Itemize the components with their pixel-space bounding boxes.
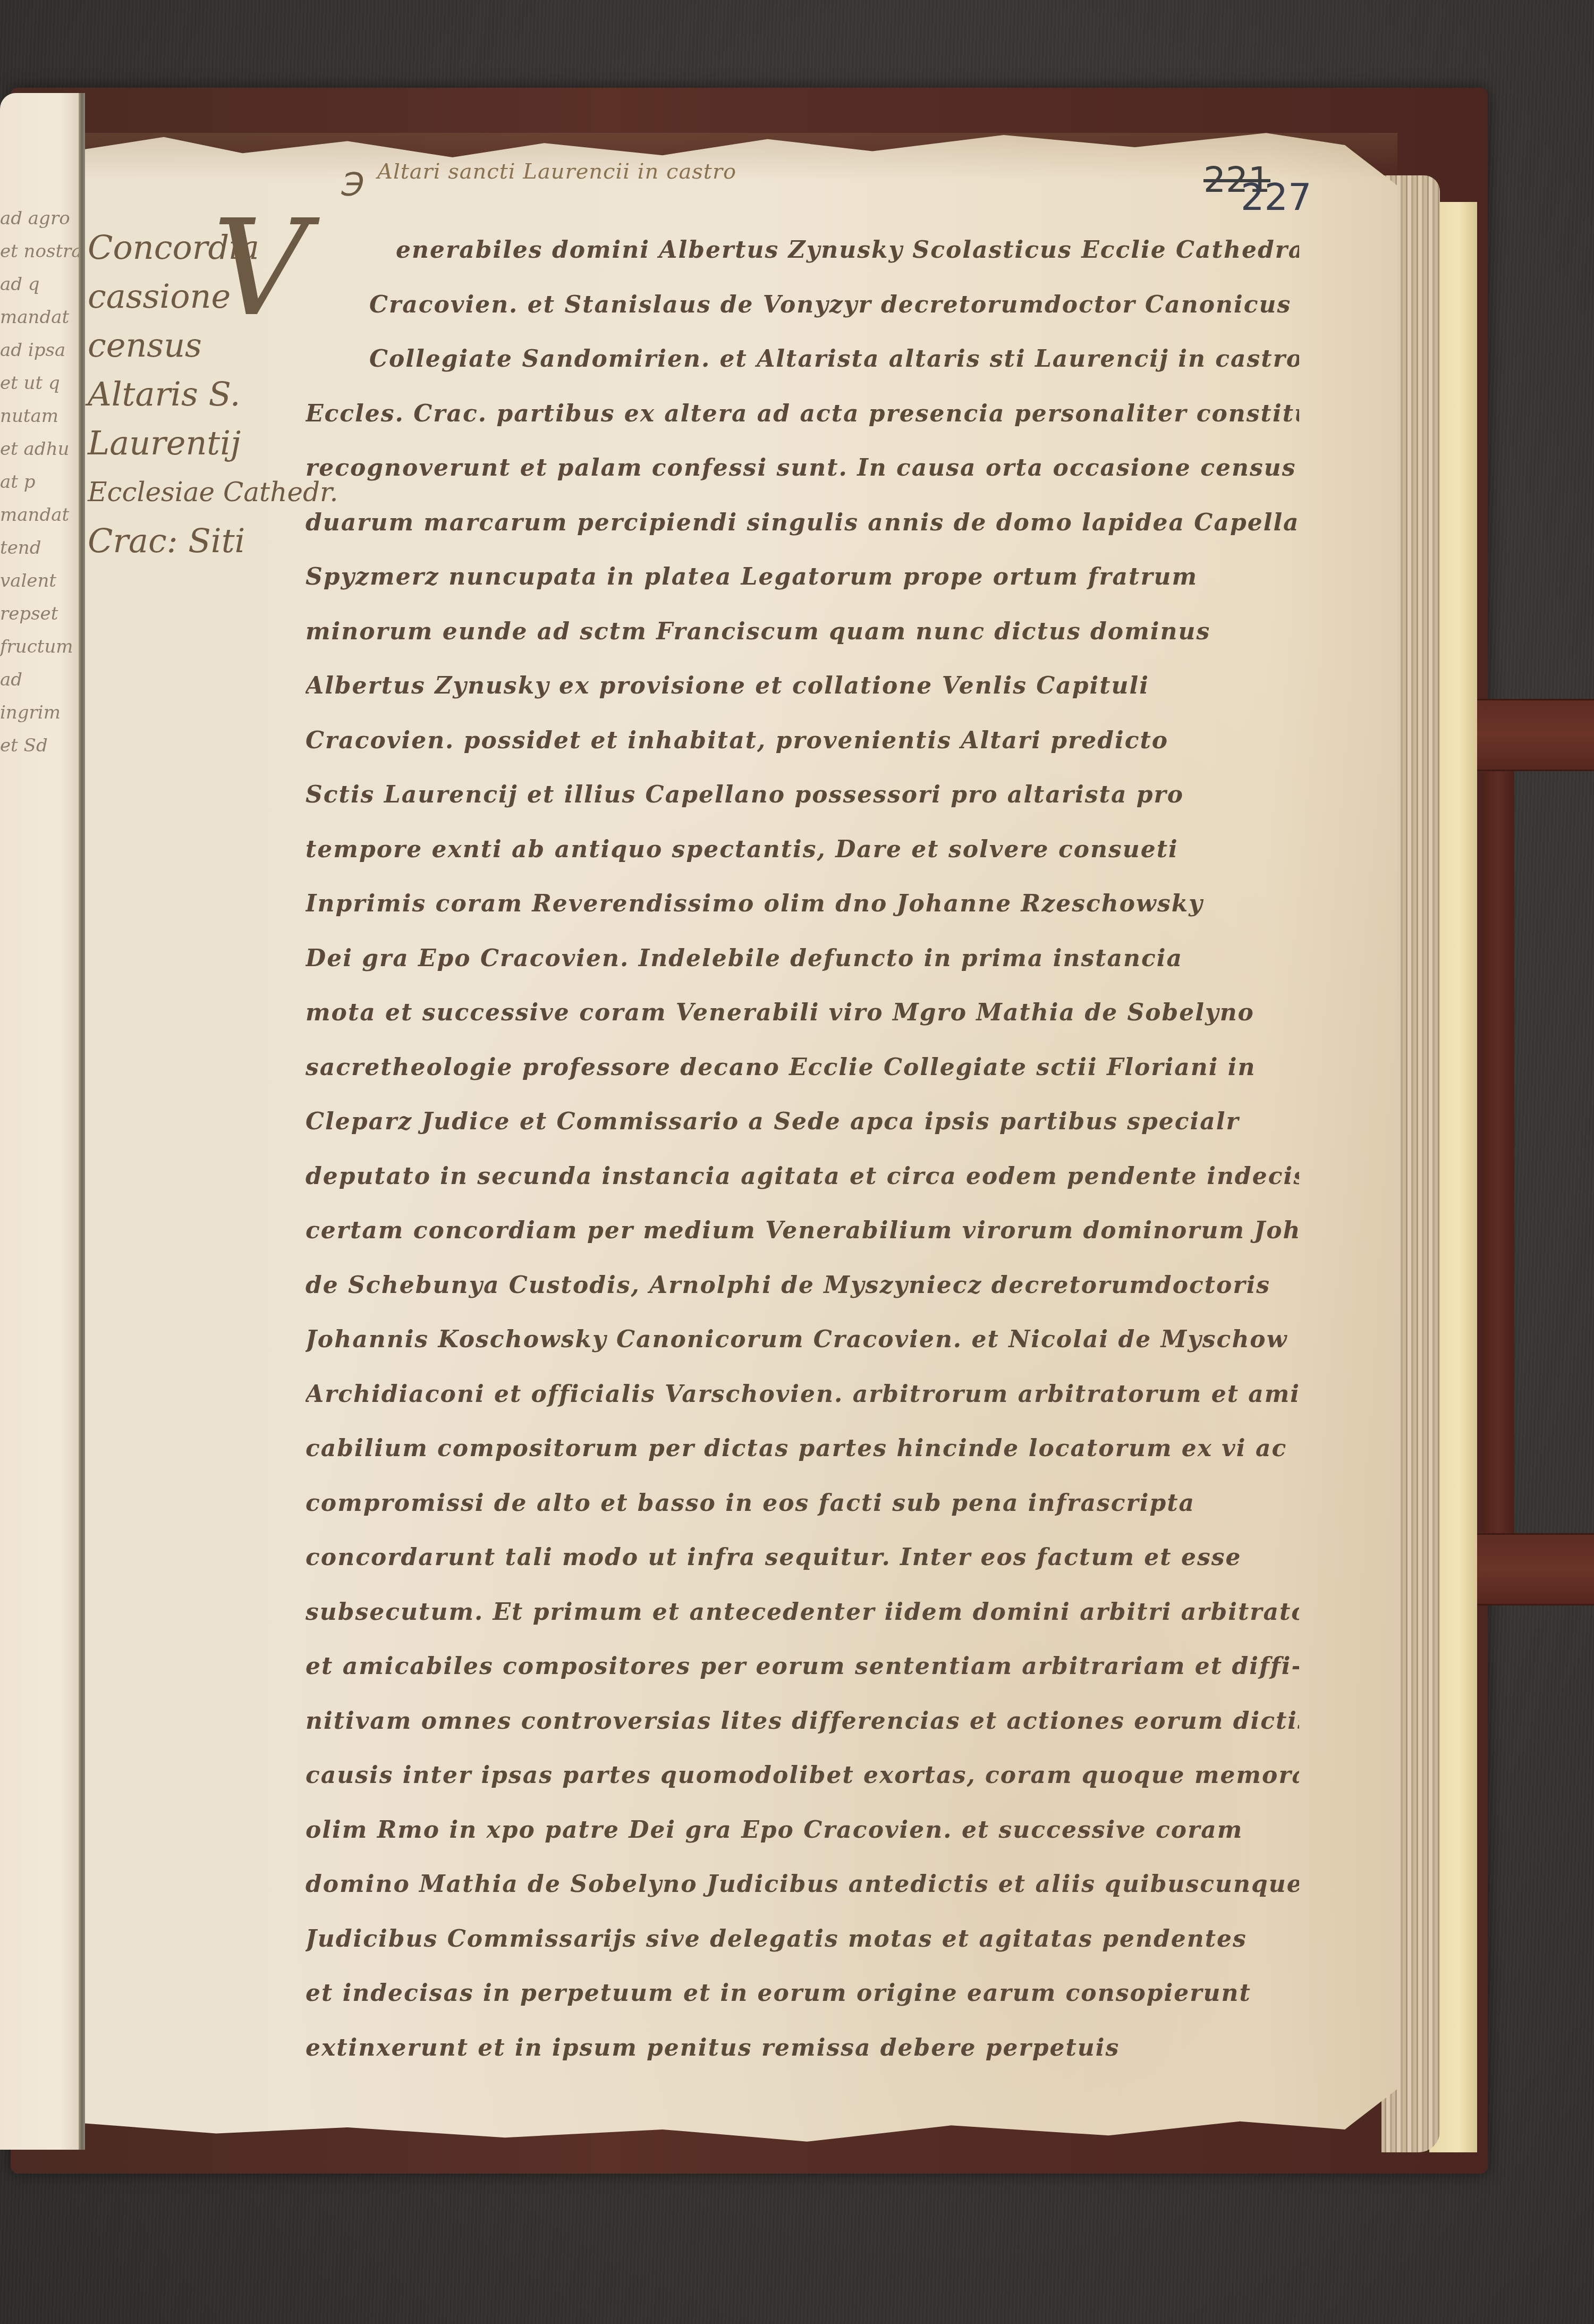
marginalia-line: tend bbox=[0, 531, 80, 564]
left-page-marginalia: ad agro et nostram ad q mandat ad ipsa e… bbox=[0, 202, 80, 762]
text-line: domino Mathia de Sobelyno Judicibus ante… bbox=[306, 1857, 1299, 1912]
text-line: compromissi de alto et basso in eos fact… bbox=[306, 1476, 1299, 1531]
marginalia-line: et nostram bbox=[0, 235, 80, 268]
margin-note-line: census bbox=[88, 321, 311, 370]
text-line: Judicibus Commissarijs sive delegatis mo… bbox=[306, 1912, 1299, 1967]
marginalia-line: ad bbox=[0, 663, 80, 696]
text-line: sacretheologie professore decano Ecclie … bbox=[306, 1041, 1299, 1095]
text-line: de Schebunya Custodis, Arnolphi de Myszy… bbox=[306, 1258, 1299, 1313]
marginalia-line: at p bbox=[0, 466, 80, 498]
text-line: Cracovien. possidet et inhabitat, proven… bbox=[306, 714, 1299, 768]
marginalia-line: mandat bbox=[0, 301, 80, 334]
text-line: Archidiaconi et officialis Varschovien. … bbox=[306, 1367, 1299, 1422]
margin-note-line: Concordia bbox=[88, 223, 311, 272]
margin-note-line: Crac: Siti bbox=[88, 517, 311, 565]
text-line: minorum eunde ad sctm Franciscum quam nu… bbox=[306, 605, 1299, 660]
marginalia-line: ad ipsa bbox=[0, 334, 80, 367]
text-line: Eccles. Crac. partibus ex altera ad acta… bbox=[306, 387, 1299, 442]
text-line: duarum marcarum percipiendi singulis ann… bbox=[306, 496, 1299, 551]
text-line: Inprimis coram Reverendissimo olim dno J… bbox=[306, 877, 1299, 932]
text-line: certam concordiam per medium Venerabiliu… bbox=[306, 1204, 1299, 1258]
margin-note-line: Altaris S. bbox=[88, 370, 311, 419]
clasp-strap-top bbox=[1477, 699, 1594, 771]
text-line: concordarunt tali modo ut infra sequitur… bbox=[306, 1531, 1299, 1585]
margin-note-line: Ecclesiae Cathedr. bbox=[88, 468, 311, 517]
folio-number: 227 bbox=[1241, 175, 1312, 219]
page-heading: Altari sancti Laurencii in castro bbox=[377, 159, 736, 184]
text-line: Cleparz Judice et Commissario a Sede apc… bbox=[306, 1095, 1299, 1150]
marginalia-line: mandat bbox=[0, 498, 80, 531]
margin-note-line: cassione bbox=[88, 272, 311, 321]
clasp-strap-bottom bbox=[1477, 1533, 1594, 1605]
text-line: Collegiate Sandomirien. et Altarista alt… bbox=[369, 332, 1299, 387]
marginalia-line: fructum bbox=[0, 630, 80, 663]
text-line: deputato in secunda instancia agitata et… bbox=[306, 1150, 1299, 1204]
text-line: Cracovien. et Stanislaus de Vonyzyr decr… bbox=[369, 278, 1299, 333]
text-line: cabilium compositorum per dictas partes … bbox=[306, 1422, 1299, 1476]
water-stain bbox=[85, 133, 1397, 181]
marginalia-line: nutam bbox=[0, 400, 80, 433]
text-line: enerabiles domini Albertus Zynusky Scola… bbox=[396, 223, 1299, 278]
text-line: Spyzmerz nuncupata in platea Legatorum p… bbox=[306, 550, 1299, 605]
body-text: enerabiles domini Albertus Zynusky Scola… bbox=[306, 223, 1299, 2075]
text-line: et amicabiles compositores per eorum sen… bbox=[306, 1640, 1299, 1694]
text-line: causis inter ipsas partes quomodolibet e… bbox=[306, 1748, 1299, 1803]
marginalia-line: et ut q bbox=[0, 367, 80, 400]
marginalia-line: ad q bbox=[0, 268, 80, 301]
text-line: Johannis Koschowsky Canonicorum Cracovie… bbox=[306, 1313, 1299, 1367]
marginalia-line: et adhu bbox=[0, 433, 80, 466]
margin-note: Concordia cassione census Altaris S. Lau… bbox=[88, 223, 311, 565]
marginalia-line: ad agro bbox=[0, 202, 80, 235]
text-line: Sctis Laurencij et illius Capellano poss… bbox=[306, 768, 1299, 823]
text-line: mota et successive coram Venerabili viro… bbox=[306, 986, 1299, 1041]
marginalia-line: ingrim bbox=[0, 696, 80, 729]
text-line: tempore exnti ab antiquo spectantis, Dar… bbox=[306, 823, 1299, 877]
marginalia-line: repset bbox=[0, 597, 80, 630]
text-line: olim Rmo in xpo patre Dei gra Epo Cracov… bbox=[306, 1803, 1299, 1858]
margin-note-line: Laurentij bbox=[88, 419, 311, 468]
gutter bbox=[79, 93, 85, 2150]
marginalia-line: valent bbox=[0, 564, 80, 597]
text-line: Dei gra Epo Cracovien. Indelebile defunc… bbox=[306, 932, 1299, 986]
marginalia-line: et Sd bbox=[0, 729, 80, 762]
text-line: subsecutum. Et primum et antecedenter ii… bbox=[306, 1585, 1299, 1640]
heading-mark: ℈ bbox=[340, 162, 362, 199]
text-line: et indecisas in perpetuum et in eorum or… bbox=[306, 1966, 1299, 2021]
text-line: recognoverunt et palam confessi sunt. In… bbox=[306, 441, 1299, 496]
text-line: Albertus Zynusky ex provisione et collat… bbox=[306, 659, 1299, 714]
text-line: extinxerunt et in ipsum penitus remissa … bbox=[306, 2021, 1299, 2076]
text-line: nitivam omnes controversias lites differ… bbox=[306, 1694, 1299, 1749]
clasp-strap-bar bbox=[1482, 699, 1514, 1602]
